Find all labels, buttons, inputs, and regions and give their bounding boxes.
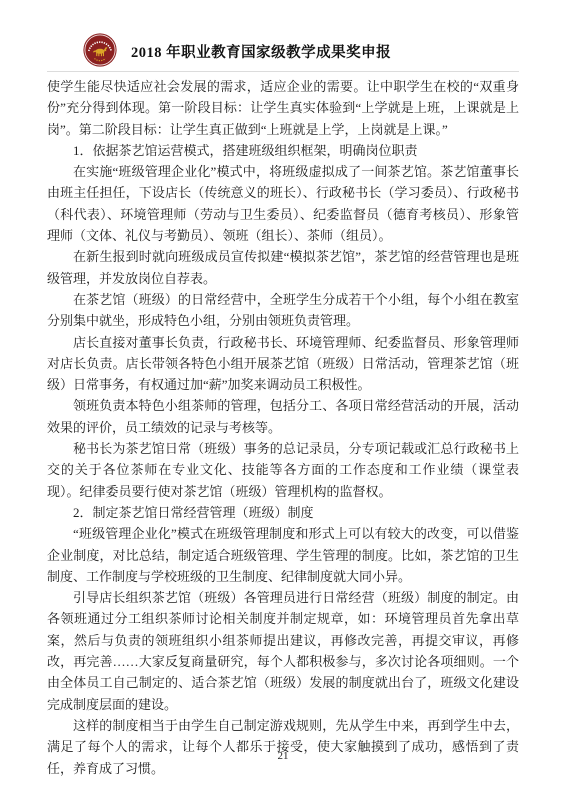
page-header: 2018 年职业教育国家级教学成果奖申报 [47,28,519,72]
page-number: 21 [0,750,566,762]
paragraph: 在新生报到时就向班级成员宣传拟建“模拟茶艺馆”，茶艺馆的经营管理也是班级管理，并… [47,246,519,289]
paragraph: 在茶艺馆（班级）的日常经营中，全班学生分成若干个小组，每个小组在教室分别集中就坐… [47,289,519,332]
school-seal-icon [82,32,118,68]
document-page: 2018 年职业教育国家级教学成果奖申报 使学生能尽快适应社会发展的需求，适应企… [0,0,566,800]
paragraph: 秘书长为茶艺馆日常（班级）事务的总记录员，分专项记载或汇总行政秘书上交的关于各位… [47,438,519,502]
section-heading-2: 2．制定茶艺馆日常经营管理（班级）制度 [47,502,519,523]
section-heading-1: 1．依据茶艺馆运营模式，搭建班级组织框架，明确岗位职责 [47,140,519,161]
paragraph: 这样的制度相当于由学生自己制定游戏规则，先从学生中来，再到学生中去，满足了每个人… [47,715,519,779]
paragraph: 店长直接对董事长负责，行政秘书长、环境管理师、纪委监督员、形象管理师对店长负责。… [47,332,519,396]
document-body: 使学生能尽快适应社会发展的需求，适应企业的需要。让中职学生在校的“双重身份”充分… [47,76,519,779]
paragraph: 使学生能尽快适应社会发展的需求，适应企业的需要。让中职学生在校的“双重身份”充分… [47,76,519,140]
paragraph: 引导店长组织茶艺馆（班级）各管理员进行日常经营（班级）制度的制定。由各领班通过分… [47,587,519,715]
paragraph: 在实施“班级管理企业化”模式中，将班级虚拟成了一间茶艺馆。茶艺馆董事长由班主任担… [47,161,519,246]
paragraph: “班级管理企业化”模式在班级管理制度和形式上可以有较大的改变，可以借鉴企业制度，… [47,523,519,587]
paragraph: 领班负责本特色小组茶师的管理，包括分工、各项日常经营活动的开展，活动效果的评价，… [47,395,519,438]
page-title: 2018 年职业教育国家级教学成果奖申报 [131,41,391,62]
